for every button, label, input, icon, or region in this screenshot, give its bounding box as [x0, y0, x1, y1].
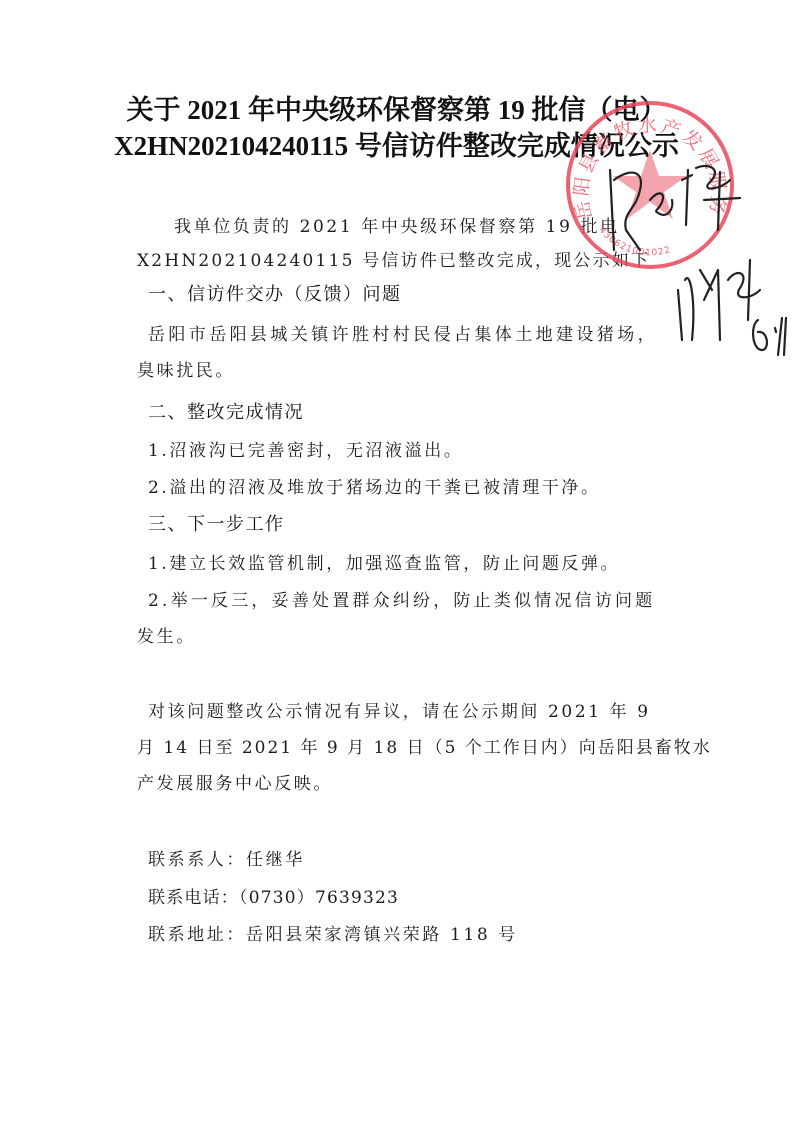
- section-1-line1: 岳阳市岳阳县城关镇许胜村村民侵占集体土地建设猪场，: [148, 320, 658, 345]
- section-3-line1: 1.建立长效监管机制，加强巡查监管，防止问题反弹。: [148, 549, 620, 574]
- section-1-line2: 臭味扰民。: [137, 356, 235, 381]
- notice-line3: 产发展服务中心反映。: [137, 769, 333, 794]
- section-2-line2: 2.溢出的沼液及堆放于猪场边的干粪已被清理干净。: [148, 473, 601, 498]
- section-3-line2: 2.举一反三，妥善处置群众纠纷，防止类似情况信访问题: [148, 586, 655, 611]
- section-heading-2: 二、整改完成情况: [148, 398, 304, 424]
- section-2-line1: 1.沼液沟已完善密封，无沼液溢出。: [148, 436, 463, 461]
- section-heading-3: 三、下一步工作: [148, 510, 285, 536]
- section-heading-1: 一、信访件交办（反馈）问题: [148, 280, 402, 306]
- section-3-line3: 发生。: [137, 622, 196, 647]
- contact-address: 联系地址：岳阳县荣家湾镇兴荣路 118 号: [148, 920, 518, 945]
- intro-line1: 我单位负责的 2021 年中央级环保督察第 19 批电: [174, 212, 620, 237]
- contact-person: 联系系人：任继华: [148, 845, 305, 870]
- contact-phone: 联系电话：（0730）7639323: [148, 883, 399, 908]
- notice-line1: 对该问题整改公示情况有异议，请在公示期间 2021 年 9: [148, 697, 651, 722]
- notice-line2: 月 14 日至 2021 年 9 月 18 日（5 个工作日内）向岳阳县畜牧水: [137, 733, 712, 758]
- handwritten-signature-icon: [600, 150, 790, 360]
